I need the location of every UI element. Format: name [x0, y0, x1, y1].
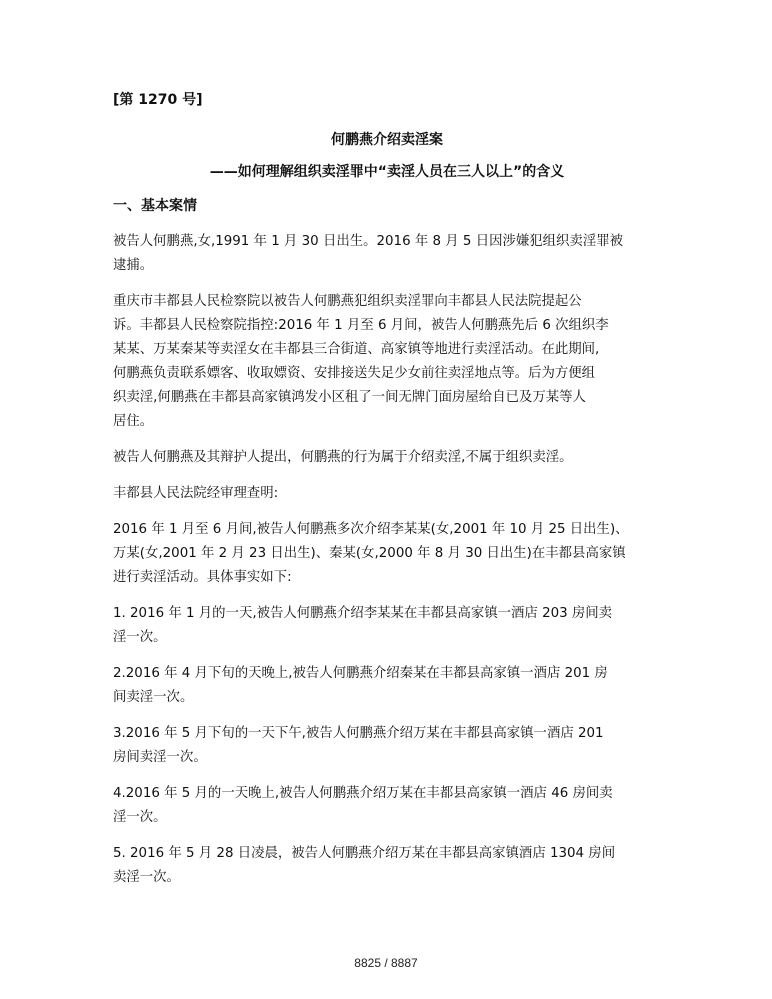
- paragraph-fact-3: 3.2016 年 5 月下旬的一天下午,被告人何鹏燕介绍万某在丰都县高家镇一酒店…: [113, 722, 661, 770]
- text-line: 被告人何鹏燕,女,1991 年 1 月 30 日出生。2016 年 8 月 5 …: [113, 230, 661, 254]
- text-line: 2016 年 1 月至 6 月间,被告人何鹏燕多次介绍李某某(女,2001 年 …: [113, 518, 661, 542]
- case-number: [第 1270 号]: [113, 90, 661, 110]
- paragraph-court-finding: 丰都县人民法院经审理查明:: [113, 482, 661, 506]
- paragraph-fact-1: 1. 2016 年 1 月的一天,被告人何鹏燕介绍李某某在丰都县高家镇一酒店 2…: [113, 602, 661, 650]
- text-line: 某某、万某秦某等卖淫女在丰都县三合街道、高家镇等地进行卖淫活动。在此期间,: [113, 338, 661, 362]
- text-line: 房间卖淫一次。: [113, 746, 661, 770]
- text-line: 居住。: [113, 410, 661, 434]
- document-content: [第 1270 号] 何鹏燕介绍卖淫案 ——如何理解组织卖淫罪中“卖淫人员在三人…: [113, 90, 661, 902]
- text-line: 1. 2016 年 1 月的一天,被告人何鹏燕介绍李某某在丰都县高家镇一酒店 2…: [113, 602, 661, 626]
- text-line: 诉。丰都县人民检察院指控:2016 年 1 月至 6 月间，被告人何鹏燕先后 6…: [113, 314, 661, 338]
- text-line: 5. 2016 年 5 月 28 日凌晨，被告人何鹏燕介绍万某在丰都县高家镇酒店…: [113, 842, 661, 866]
- text-line: 2.2016 年 4 月下旬的天晚上,被告人何鹏燕介绍秦某在丰都县高家镇一酒店 …: [113, 662, 661, 686]
- text-line: 4.2016 年 5 月的一天晚上,被告人何鹏燕介绍万某在丰都县高家镇一酒店 4…: [113, 782, 661, 806]
- text-line: 丰都县人民法院经审理查明:: [113, 482, 661, 506]
- paragraph-fact-5: 5. 2016 年 5 月 28 日凌晨，被告人何鹏燕介绍万某在丰都县高家镇酒店…: [113, 842, 661, 890]
- text-line: 卖淫一次。: [113, 866, 661, 890]
- page-indicator: 8825 / 8887: [0, 955, 772, 971]
- paragraph-fact-4: 4.2016 年 5 月的一天晚上,被告人何鹏燕介绍万某在丰都县高家镇一酒店 4…: [113, 782, 661, 830]
- text-line: 3.2016 年 5 月下旬的一天下午,被告人何鹏燕介绍万某在丰都县高家镇一酒店…: [113, 722, 661, 746]
- section-heading-basic-facts: 一、基本案情: [113, 196, 661, 216]
- text-line: 逮捕。: [113, 254, 661, 278]
- paragraph-prosecution: 重庆市丰都县人民检察院以被告人何鹏燕犯组织卖淫罪向丰都县人民法院提起公 诉。丰都…: [113, 290, 661, 434]
- case-title: 何鹏燕介绍卖淫案: [113, 130, 661, 150]
- text-line: 被告人何鹏燕及其辩护人提出，何鹏燕的行为属于介绍卖淫,不属于组织卖淫。: [113, 446, 661, 470]
- paragraph-defense: 被告人何鹏燕及其辩护人提出，何鹏燕的行为属于介绍卖淫,不属于组织卖淫。: [113, 446, 661, 470]
- paragraph-fact-2: 2.2016 年 4 月下旬的天晚上,被告人何鹏燕介绍秦某在丰都县高家镇一酒店 …: [113, 662, 661, 710]
- text-line: 淫一次。: [113, 806, 661, 830]
- text-line: 何鹏燕负责联系嫖客、收取嫖资、安排接送失足少女前往卖淫地点等。后为方便组: [113, 362, 661, 386]
- text-line: 进行卖淫活动。具体事实如下:: [113, 566, 661, 590]
- text-line: 间卖淫一次。: [113, 686, 661, 710]
- paragraph-defendant-info: 被告人何鹏燕,女,1991 年 1 月 30 日出生。2016 年 8 月 5 …: [113, 230, 661, 278]
- paragraph-facts-summary: 2016 年 1 月至 6 月间,被告人何鹏燕多次介绍李某某(女,2001 年 …: [113, 518, 661, 590]
- text-line: 万某(女,2001 年 2 月 23 日出生)、秦某(女,2000 年 8 月 …: [113, 542, 661, 566]
- document-page: [第 1270 号] 何鹏燕介绍卖淫案 ——如何理解组织卖淫罪中“卖淫人员在三人…: [0, 0, 772, 999]
- case-subtitle: ——如何理解组织卖淫罪中“卖淫人员在三人以上”的含义: [113, 162, 661, 182]
- text-line: 重庆市丰都县人民检察院以被告人何鹏燕犯组织卖淫罪向丰都县人民法院提起公: [113, 290, 661, 314]
- text-line: 淫一次。: [113, 626, 661, 650]
- text-line: 织卖淫,何鹏燕在丰都县高家镇鸿发小区租了一间无牌门面房屋给自已及万某等人: [113, 386, 661, 410]
